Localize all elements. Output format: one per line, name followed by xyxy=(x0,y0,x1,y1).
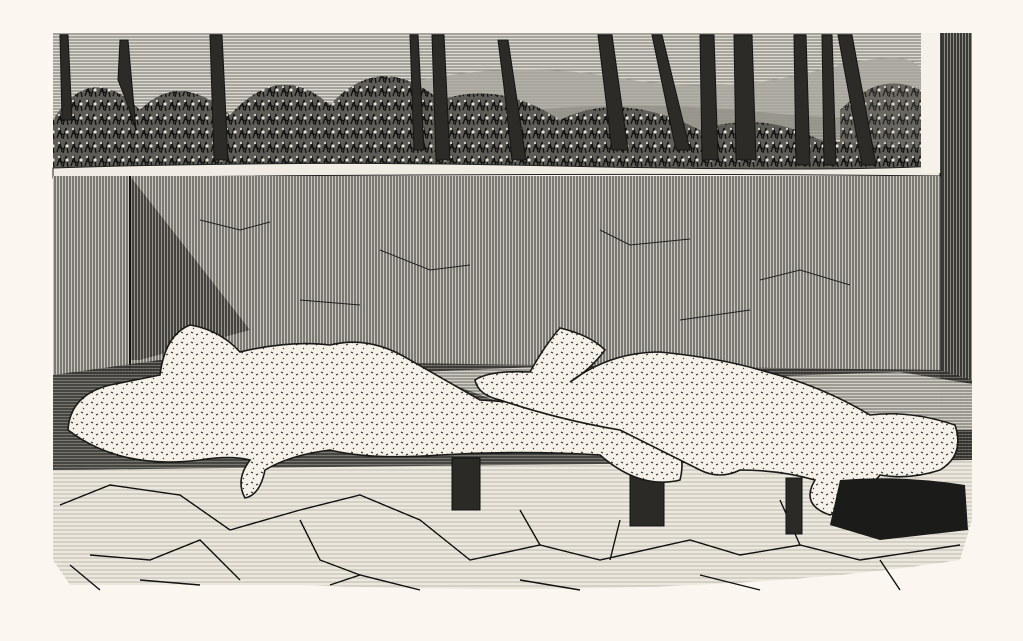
engraving-illustration xyxy=(0,0,1023,641)
cast-shadow-right xyxy=(830,478,968,540)
